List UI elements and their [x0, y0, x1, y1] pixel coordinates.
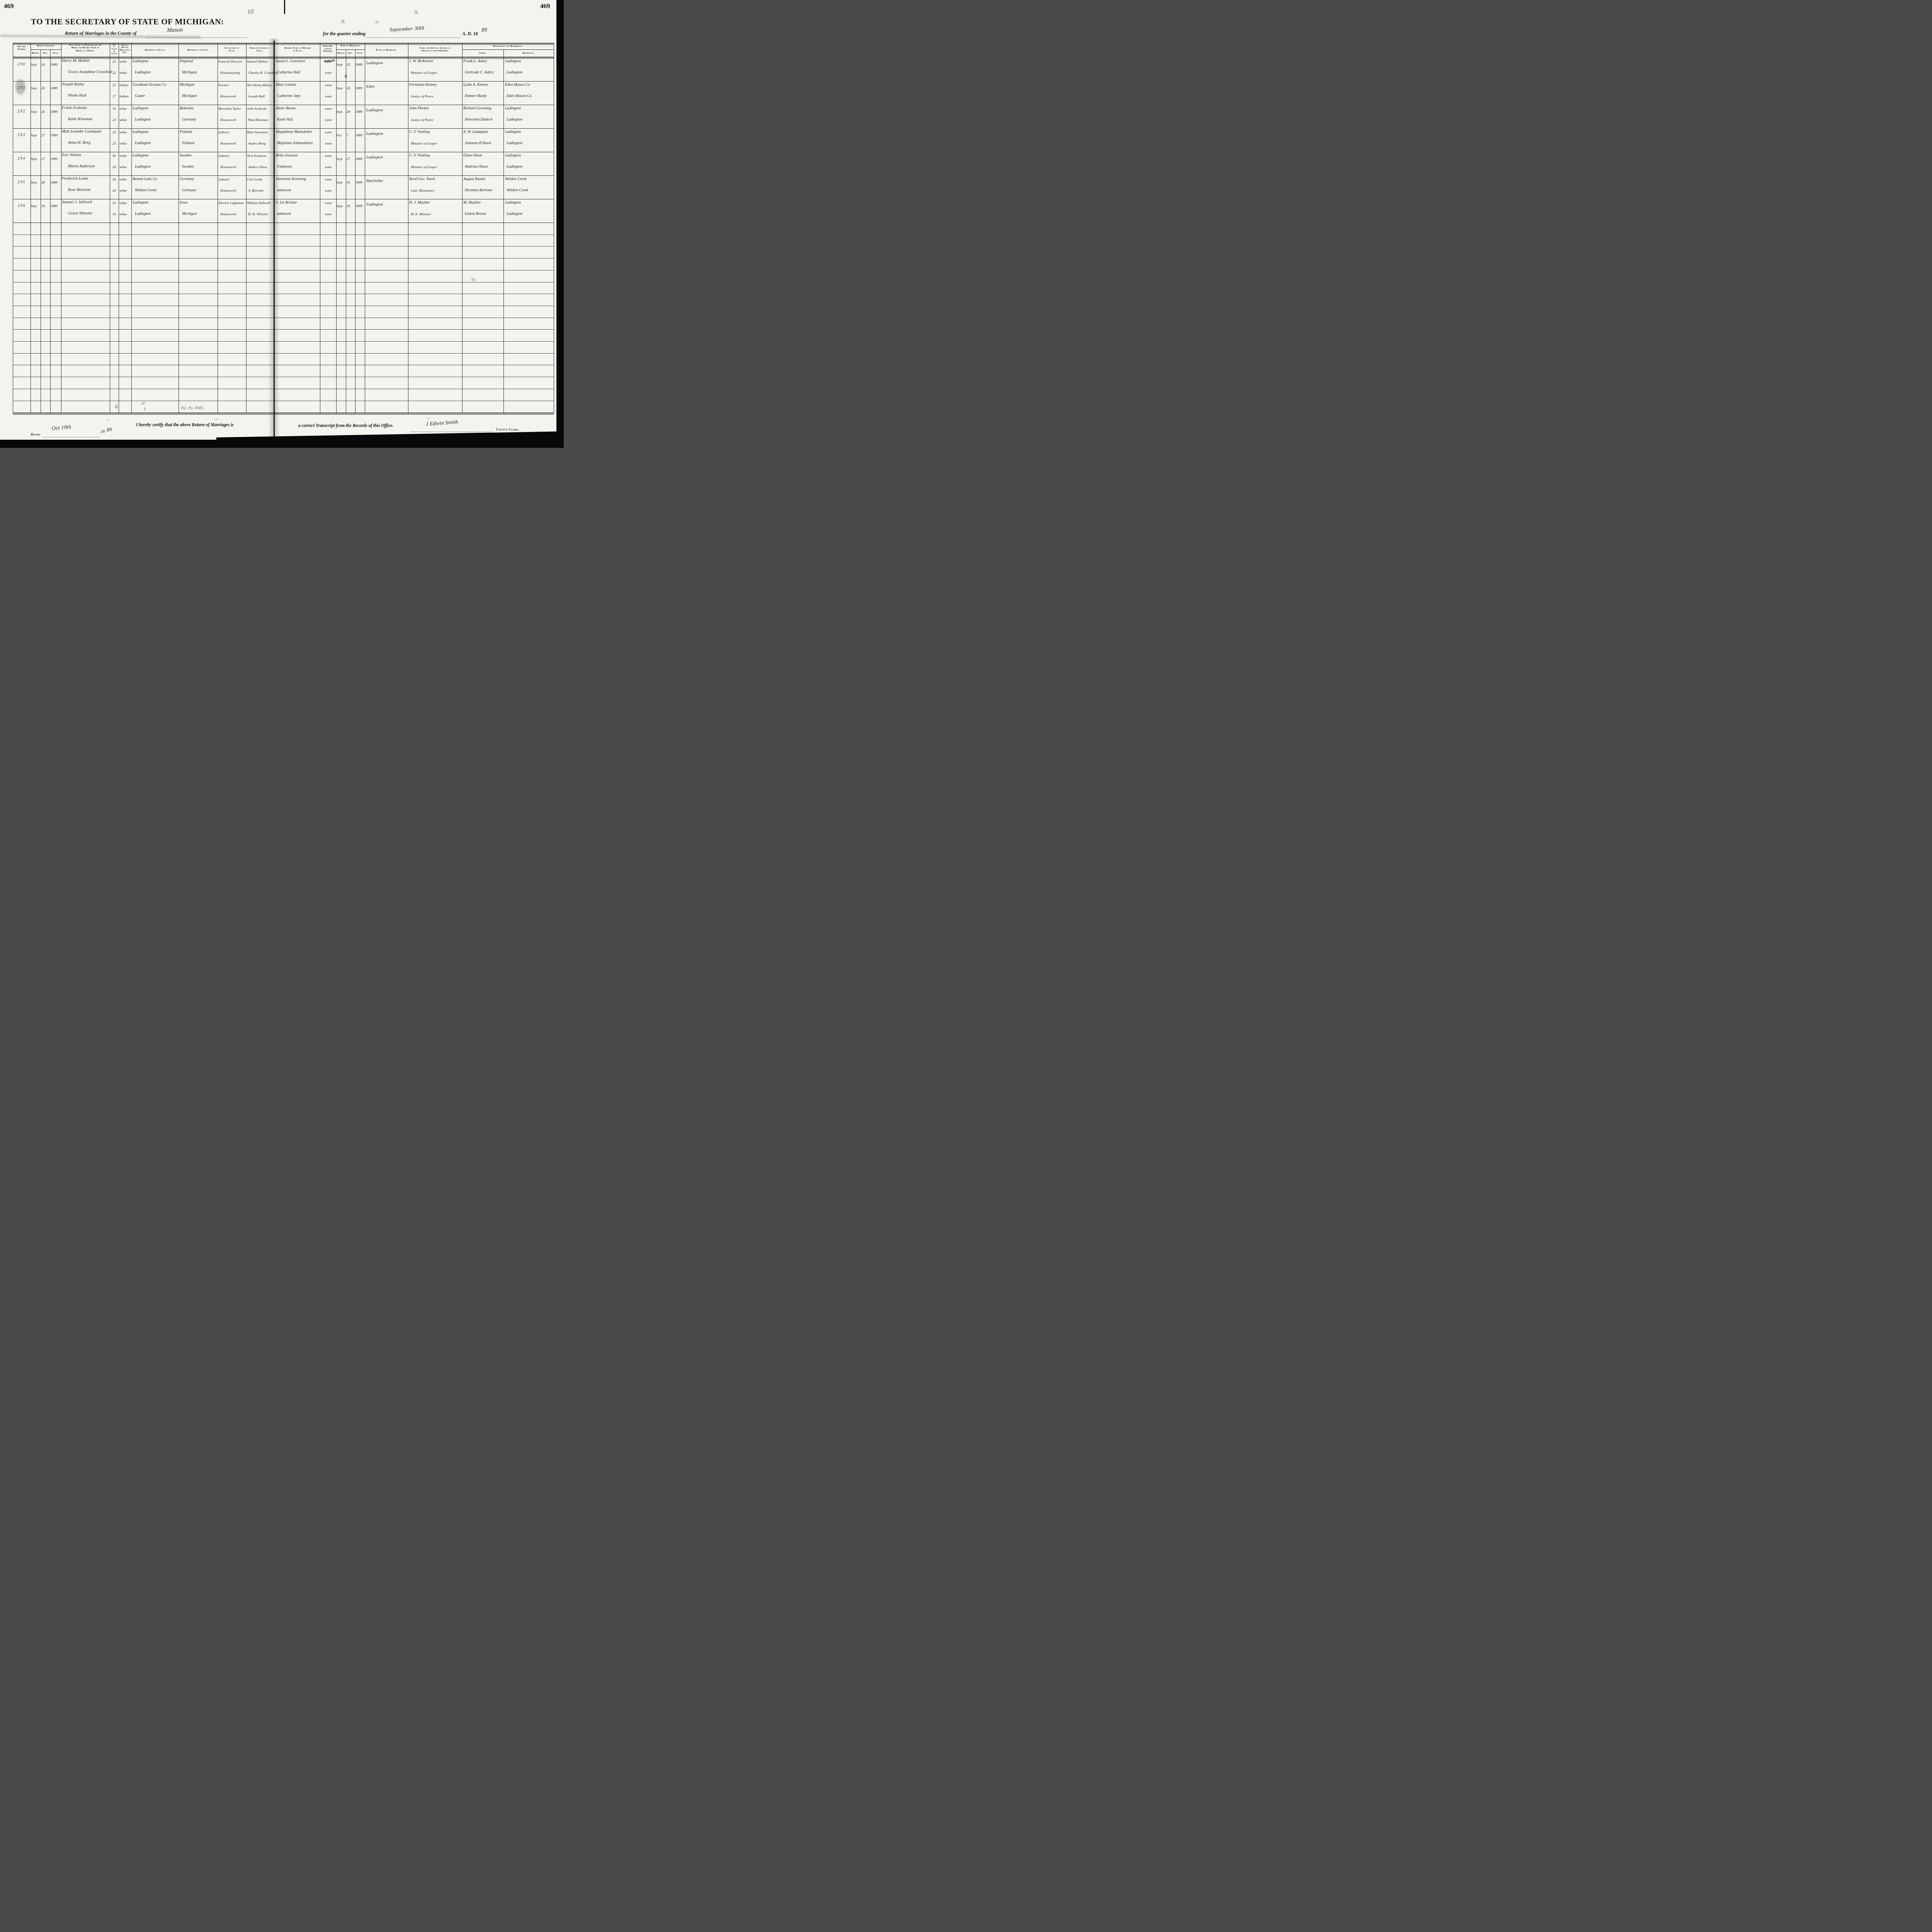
license-month: Sept: [31, 157, 37, 161]
bride-residence: Ludington: [135, 117, 151, 122]
col-header-officiant: Name and Official Station of Person by w…: [408, 47, 462, 53]
groom-birthplace: Germany: [180, 177, 194, 181]
license-month: Sept: [31, 133, 37, 137]
bride-age: 23: [110, 141, 119, 145]
witness-1-residence: Eden Mason Co: [505, 83, 530, 87]
table-column-line: [218, 43, 218, 413]
witness-1-name: Olam Olson: [463, 153, 482, 158]
marriage-record-row: 296 Sept 30 1889 Samuel J. Stillwell Gra…: [13, 199, 554, 223]
license-day: 26: [41, 86, 45, 90]
col-header-license-year: Year.: [50, 52, 61, 54]
bride-birthplace: Michigan: [182, 212, 197, 216]
bride-occupation: Housekeeping: [220, 71, 240, 75]
witness-2-residence: Eden Mason Co.: [507, 94, 532, 98]
groom-color: white: [119, 201, 127, 205]
officiant-name: Fernando Kenney: [409, 83, 437, 87]
bride-birthplace: Michigan: [182, 94, 197, 98]
ruled-line: [13, 270, 554, 270]
marriage-year: 1889: [355, 133, 362, 137]
marriage-record-row: 293 Sept 27 1889 Matt Leander Lundquist …: [13, 128, 554, 152]
record-number: 293: [14, 133, 30, 137]
dated-line: [43, 437, 100, 437]
groom-age: 23: [110, 201, 119, 205]
witness-2-residence: Ludington: [507, 212, 522, 216]
bride-age: 24: [110, 165, 119, 169]
bride-name: Maria Anderson: [68, 164, 95, 168]
bride-residence: Ludington: [135, 212, 151, 216]
groom-occupation: Funeral Director: [218, 60, 242, 63]
license-month: Sept: [31, 180, 37, 184]
bride-name: Grace Wheeler: [68, 211, 93, 216]
record-number: 290: [14, 62, 30, 66]
bride-occupation: Housework: [220, 189, 236, 192]
ruled-line: [13, 246, 554, 247]
table-column-line: [408, 43, 408, 413]
clerk-signature: J Edwin Smith: [426, 419, 458, 428]
groom-times-married: none: [321, 201, 336, 205]
dated-year-prefix: 18: [100, 429, 105, 434]
col-header-date-of-license: Date of License.: [31, 44, 61, 47]
county-handwritten: Mason: [167, 27, 183, 34]
table-column-line: [246, 43, 247, 413]
check-mark-3: ✓: [427, 417, 430, 421]
groom-name: Harry M. Hallett: [62, 59, 89, 63]
witness-2-name: Andrina Olson: [465, 165, 488, 169]
bride-mother: Catherine Jepe: [277, 94, 301, 98]
pencil-six: 6: [115, 404, 118, 410]
license-day: 27: [41, 157, 45, 161]
bride-mother: Catherine Hall: [277, 70, 300, 75]
col-header-date-of-marriage: Date of Marriage.: [336, 44, 365, 47]
witness-1-residence: Ludington: [505, 59, 521, 63]
witness-2-residence: Ludington: [507, 141, 522, 145]
groom-times-married: none: [321, 107, 336, 111]
bride-birthplace: Germany: [182, 117, 196, 122]
scanned-marriage-ledger-page: 469 469 TO THE SECRETARY OF STATE OF MIC…: [0, 0, 564, 448]
page-number-right: 469: [540, 2, 550, 10]
bride-times-married: none: [321, 118, 336, 122]
groom-residence: Ludington: [133, 201, 148, 205]
witness-1-name: M. Maybee: [463, 201, 481, 205]
witness-2-name: Gertrude C. Aubry: [465, 70, 494, 75]
marriage-day: 25: [347, 63, 350, 66]
groom-mother: Henrietta Kroening: [276, 177, 306, 181]
marriage-place: Ludington: [366, 202, 383, 207]
bride-occupation: Housework: [220, 165, 236, 169]
groom-birthplace: Iowa: [180, 201, 187, 205]
marriage-record-row: 295 Sept 28 1889 Frederick Lenke Rose Be…: [13, 175, 554, 199]
officiant-station: Minister of Gospel: [411, 71, 437, 75]
marriage-day: 26: [347, 86, 350, 90]
groom-mother: Magdelena Mattsdotter: [276, 130, 312, 134]
marriage-place: Ludington: [366, 132, 383, 136]
groom-color: Indian: [119, 83, 129, 87]
bride-times-married: none: [321, 141, 336, 145]
groom-age: 30: [110, 177, 119, 181]
groom-times-married: none: [321, 154, 336, 158]
witness-2-residence: Ludington: [507, 165, 522, 169]
groom-times-married: none: [321, 177, 336, 181]
marriage-month: Sept: [337, 180, 343, 184]
groom-birthplace: England: [180, 59, 193, 63]
officiant-name: C. V. Vestling: [409, 130, 430, 134]
col-header-witness-residences: Residences.: [503, 52, 554, 54]
table-column-line: [31, 43, 31, 413]
bride-color: white: [119, 189, 127, 192]
table-bottom-rule: [13, 413, 554, 413]
license-month: Sept: [31, 63, 37, 66]
page-title: TO THE SECRETARY OF STATE OF MICHIGAN:: [31, 18, 224, 27]
table-column-line: [41, 49, 41, 413]
bride-father: H. H. Wheeler: [248, 212, 268, 216]
marriage-subrule: [336, 49, 365, 50]
groom-name: Matt Leander Lundquist: [62, 129, 101, 134]
pencil-note: N2. Fy. FM1.: [181, 406, 204, 410]
officiant-station: M. E. Minister: [411, 212, 431, 216]
bride-age: 17: [110, 94, 119, 98]
quarter-underline: [366, 37, 461, 38]
groom-age: 23: [110, 83, 119, 87]
scan-edge-right: [556, 0, 564, 448]
ruled-line: [13, 341, 554, 342]
ruled-line: [13, 318, 554, 318]
bride-residence: Weldon Creek: [135, 188, 156, 192]
groom-father: Samuel Hallett: [247, 60, 268, 63]
marriage-month: Oct: [337, 133, 342, 137]
marriage-year: 1889: [355, 180, 362, 184]
marriage-month: Sept: [337, 86, 343, 90]
groom-times-married: none: [321, 130, 336, 134]
groom-age: 42: [110, 154, 119, 158]
ruled-line: [13, 377, 554, 377]
groom-mother: Susan L. Lawrence: [276, 59, 305, 63]
witness-1-residence: Ludington: [505, 201, 521, 205]
witness-1-residence: Ludington: [505, 106, 521, 111]
ruled-line: [13, 353, 554, 354]
bride-times-married: none: [321, 189, 336, 192]
officiant-station: Justice of Peace: [411, 118, 433, 122]
bride-occupation: Housework: [220, 94, 236, 98]
groom-color: white: [119, 130, 127, 134]
marriage-year: 1889: [355, 157, 362, 161]
officiant-station: Luth. Missionary: [411, 189, 435, 192]
officiant-station: Minister of Gospel: [411, 165, 437, 169]
license-day: 28: [41, 180, 45, 184]
officiant-name: J. W. McKeever: [409, 59, 434, 63]
table-column-line: [110, 43, 110, 413]
groom-color: white: [119, 60, 127, 63]
marriage-record-row: 292 Sept 26 1889 Frank Svoboda Katie Kla…: [13, 105, 554, 129]
dated-handwritten: Oct 19th: [51, 424, 71, 432]
county-clerk-label: County Clerk.: [496, 427, 519, 431]
marriage-day-correction: 6: [345, 73, 347, 79]
bride-birthplace: Finland: [182, 141, 194, 145]
groom-residence: Ludington: [133, 106, 148, 111]
table-bottom-rule-2: [13, 414, 554, 415]
ruled-line: [13, 258, 554, 259]
groom-father: John Svoboda: [247, 107, 267, 111]
table-column-line: [119, 43, 119, 413]
col-header-place: Place of Marriage.: [365, 49, 408, 51]
bride-father: Anders Olson: [248, 165, 267, 169]
record-number: 295: [14, 180, 30, 184]
officiant-station: Minister of Gospel: [411, 141, 437, 145]
table-column-line: [462, 43, 463, 413]
groom-residence: Ludington: [133, 59, 148, 63]
groom-residence: Bennet Lake Co: [133, 177, 157, 181]
bride-residence: Ludington: [135, 141, 151, 145]
table-column-line: [131, 43, 132, 413]
witness-2-name: Hermine Bertram: [465, 188, 492, 192]
certify-text-right: a correct Transcript from the Records of…: [298, 423, 393, 428]
marriage-place: Eden: [366, 85, 375, 89]
license-day: 26: [41, 110, 45, 114]
witness-1-residence: Weldon Creek: [505, 177, 527, 181]
col-header-times-married: Times Pre- viously Married.: [320, 45, 336, 53]
col-header-marriage-day: Day.: [346, 52, 355, 54]
marriage-month: Sept: [337, 110, 343, 114]
col-header-license-month: Month.: [31, 52, 41, 54]
groom-father: Carl Lenke: [247, 177, 262, 181]
groom-age: 25: [110, 130, 119, 134]
witness-1-name: Richard Groening: [463, 106, 491, 111]
bride-age: 16: [110, 212, 119, 216]
groom-name: Joseph Bailey: [62, 82, 85, 87]
pencil-one: 1: [144, 407, 146, 412]
witness-1-name: August Runzie: [463, 177, 486, 181]
marriage-month: Sept: [337, 157, 343, 161]
table-column-line: [365, 43, 365, 413]
bride-mother: Majalena Johansdotter: [277, 141, 313, 145]
groom-name: Frank Svoboda: [62, 106, 87, 110]
license-subrule: [31, 49, 61, 50]
license-month: Sept: [31, 204, 37, 208]
bride-color: white: [119, 141, 127, 145]
bride-times-married: none: [321, 212, 336, 216]
marriage-place: Batcheller: [366, 179, 383, 183]
table-column-line: [346, 49, 346, 413]
clerk-signature-line: [410, 431, 494, 432]
officiant-station: Justice of Peace: [411, 94, 433, 98]
officiant-name: John Phelan: [409, 106, 429, 111]
bride-color: Indian: [119, 94, 129, 98]
bride-birthplace: Michigan: [182, 70, 197, 75]
ruled-line: [13, 389, 554, 389]
groom-residence: Ludington: [133, 130, 148, 134]
groom-name: Samuel J. Stillwell: [62, 200, 92, 204]
officiant-name: H. J. Maybee: [409, 201, 430, 205]
bride-father: Joseph Hall: [248, 94, 265, 98]
bride-birthplace: Germany: [182, 188, 196, 192]
dated-year-handwritten: 89: [106, 426, 112, 433]
dated-label: Dated: [31, 432, 40, 436]
ruled-line: [13, 235, 554, 235]
license-year: 1889: [51, 133, 58, 137]
groom-name: Eric Nelson: [62, 153, 81, 157]
license-day: 24: [41, 63, 45, 66]
witness-2-name: Johanna Erikson: [465, 141, 491, 145]
license-day: 27: [41, 133, 45, 137]
table-column-line: [503, 49, 504, 413]
bride-color: white: [119, 71, 127, 75]
bride-name: Anna H. Borg: [68, 141, 90, 145]
marriage-month: Sept: [337, 63, 343, 66]
bride-age: 23: [110, 118, 119, 122]
pencil-scribble: sd: [141, 401, 145, 405]
groom-times-married: none: [321, 83, 336, 87]
bride-name: Phebe Hall: [68, 94, 87, 98]
license-year: 1889: [51, 110, 58, 114]
bride-residence: Custer: [135, 94, 145, 98]
ruled-line: [13, 401, 554, 401]
struck-entry: Sept 20: [324, 58, 335, 63]
license-year: 1889: [51, 204, 58, 208]
groom-occupation: Merchant Tailor: [218, 107, 241, 111]
groom-birthplace: Finland: [180, 130, 192, 134]
col-header-record-number: Record Number.: [13, 45, 31, 51]
bride-times-married: none: [321, 94, 336, 98]
col-header-marriage-month: Month.: [336, 52, 346, 54]
witness-2-name: Emmer Hardy: [465, 94, 487, 98]
marriage-month: Sept: [337, 204, 343, 208]
bride-name: Katie Klasman: [68, 117, 92, 121]
bride-father: A. Bertram: [248, 189, 264, 192]
witness-1-residence: Ludington: [505, 130, 521, 134]
witness-1-name: Lydia A. Kinney: [463, 83, 488, 87]
groom-color: white: [119, 107, 127, 111]
ad-label: A. D. 18: [462, 31, 478, 37]
license-month: Sept: [31, 110, 37, 114]
ruled-line: [13, 282, 554, 282]
bride-color: white: [119, 165, 127, 169]
check-mark-1: ✓: [107, 418, 110, 422]
bride-color: white: [119, 118, 127, 122]
certify-text-left: I hereby certify that the above Return o…: [136, 423, 234, 427]
bride-residence: Ludington: [135, 165, 151, 169]
bride-name: Rose Bertram: [68, 188, 90, 192]
groom-father: William Stillwell: [247, 201, 270, 205]
col-header-color: White, Black, Mullatto, Etc.: [119, 44, 131, 54]
record-number: 292: [14, 109, 30, 114]
groom-occupation: Laborer: [218, 130, 230, 134]
witness-2-name: Henrietta Dudeck: [465, 117, 492, 122]
col-header-birthplace: Birthplace of Each.: [179, 49, 218, 51]
groom-residence: Ludington: [133, 153, 148, 158]
marriage-day: 27: [347, 157, 350, 161]
marriage-day: 30: [347, 180, 350, 184]
marriage-year: 1889: [355, 110, 362, 114]
col-header-witnesses: Witnesses to Marriage.: [462, 44, 554, 48]
bride-occupation: Housework: [220, 212, 236, 216]
marriage-record-row: 291 Sept 26 1889 Joseph Bailey Phebe Hal…: [13, 81, 554, 105]
officiant-name: Revd Geo. Tuerk: [409, 177, 435, 181]
col-header-license-day: Day.: [41, 52, 50, 54]
bride-occupation: Housework: [220, 118, 236, 122]
marriage-day: 1: [347, 133, 349, 137]
groom-occupation: Laborer: [218, 177, 230, 181]
groom-occupation: Farmer: [218, 83, 229, 87]
witness-2-residence: Ludington: [507, 117, 522, 122]
table-column-line: [13, 43, 13, 413]
check-mark-2: ✓: [215, 417, 218, 422]
bride-color: white: [119, 212, 127, 216]
license-year: 1889: [51, 86, 58, 90]
ad-year-handwritten: 89: [481, 27, 487, 34]
groom-age: 30: [110, 107, 119, 111]
marriage-year: 1889: [355, 86, 362, 90]
page-fold-line: [274, 41, 275, 442]
groom-father: Nels Erickson: [247, 154, 266, 158]
witness-2-residence: Weldon Creek: [507, 188, 528, 192]
groom-birthplace: Sweden: [180, 153, 192, 158]
marriage-record-row: 290 Sept 24 1889 Harry M. Hallett Grace …: [13, 58, 554, 82]
top-pencil-number: 10: [247, 8, 254, 15]
officiant-name: C. V. Vestling: [409, 153, 430, 158]
table-column-line: [179, 43, 179, 413]
bride-age: 22: [110, 71, 119, 75]
col-header-full-name: Full Name of Bridegroom and Bride and Ma…: [61, 44, 110, 52]
table-column-line: [320, 43, 320, 413]
fold-top-mark: [284, 0, 285, 14]
page-number-left: 469: [4, 2, 14, 10]
groom-occupation: Electric Lightman: [218, 201, 243, 205]
witness-1-name: A. W. Lundquist: [463, 130, 488, 134]
marriage-day: 30: [347, 204, 350, 208]
marriage-day: 28: [347, 110, 350, 114]
ruled-line: [13, 329, 554, 330]
col-header-witness-names: Names.: [462, 52, 503, 54]
groom-name: Frederick Lenke: [62, 177, 88, 181]
col-header-marriage-year: Year.: [355, 52, 365, 54]
witness-2-residence: Ludington: [507, 70, 522, 75]
groom-birthplace: Bohemia: [180, 106, 194, 111]
marriage-place: Ludington: [366, 108, 383, 112]
table-column-line: [554, 43, 554, 413]
groom-father: Matt Simonson: [247, 130, 268, 134]
ruled-line: [13, 365, 554, 365]
table-column-line: [355, 49, 355, 413]
groom-color: white: [119, 154, 127, 158]
marriage-record-row: 294 Sept 27 1889 Eric Nelson Maria Ander…: [13, 152, 554, 176]
bride-times-married: none: [321, 71, 336, 75]
bride-occupation: Housework: [220, 141, 236, 145]
table-column-line: [50, 49, 51, 413]
witness-2-name: Linton Brown: [465, 212, 486, 216]
bride-name: Grace Josephine Crawford: [68, 70, 112, 74]
groom-residence: Goodham Oceana Co: [133, 83, 166, 87]
col-header-age: Age of Each in Years: [110, 43, 119, 55]
record-number: 296: [14, 204, 30, 208]
license-year: 1889: [51, 180, 58, 184]
bride-birthplace: Sweden: [182, 165, 194, 169]
license-year: 1889: [51, 157, 58, 161]
witness-1-name: Frank L. Aubry: [463, 59, 487, 63]
ruled-line: [13, 306, 554, 306]
record-number: 294: [14, 156, 30, 161]
bride-times-married: none: [321, 165, 336, 169]
bride-age: 24: [110, 189, 119, 192]
license-month: Sept: [31, 86, 37, 90]
groom-age: 23: [110, 60, 119, 63]
license-day: 30: [41, 204, 45, 208]
witness-subrule: [462, 49, 554, 50]
marriage-year: 1889: [355, 204, 362, 208]
marriage-place: Ludington: [366, 155, 383, 160]
table-column-line: [61, 43, 61, 413]
col-header-residence: Residence of Each.: [131, 49, 179, 51]
marriage-year: 1889: [355, 63, 362, 66]
bride-residence: Ludington: [135, 70, 151, 75]
